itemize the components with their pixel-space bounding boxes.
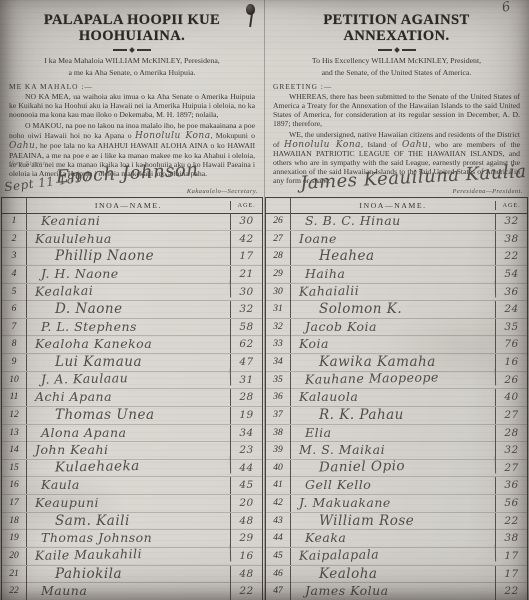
- row-number: 13: [2, 425, 27, 442]
- table-row: 10 J. A. Kaulaau 31: [2, 372, 262, 390]
- scanned-petition-document: 6 PALAPALA HOOPII KUE HOOHUIAINA. I ka M…: [0, 0, 529, 600]
- signer-name: Kaipalapala: [291, 544, 496, 565]
- signer-name: Elia: [291, 425, 496, 442]
- row-number: 7: [2, 319, 27, 336]
- signer-age: 76: [496, 336, 527, 353]
- paragraph-text: NO KA MEA, ua waihoia aku imua o ka Aha …: [9, 92, 255, 119]
- table-row: 3 Phillip Naone 17: [2, 248, 262, 266]
- row-number: 18: [2, 513, 27, 530]
- president-signature-area: James Keauiluna Kaulia Peresidena—Presid…: [264, 163, 529, 197]
- table-row: 45 Kaipalapala 17: [266, 548, 527, 566]
- signature-table-left: INOA—NAME. AGE. 1 Keaniani 30 2 Kaululeh…: [1, 197, 263, 600]
- signer-age: 30: [231, 213, 262, 230]
- petition-title-hawaiian: PALAPALA HOOPII KUE HOOHUIAINA.: [9, 13, 255, 45]
- row-number: 29: [266, 266, 291, 283]
- table-row: 5 Kealakai 30: [2, 284, 262, 302]
- signer-age: 30: [231, 284, 262, 301]
- paragraph-text: , Mokupuni o: [211, 131, 255, 140]
- age-column-header: AGE.: [496, 202, 527, 209]
- signer-name: Kealakai: [27, 280, 231, 301]
- row-number: 38: [266, 425, 291, 442]
- president-title: Peresidena—President.: [452, 188, 523, 195]
- signer-name: Mauna: [27, 583, 231, 600]
- row-number: 26: [266, 213, 291, 230]
- table-rows: 26 S. B. C. Hinau 32 27 Ioane 38 28 Heah…: [266, 213, 527, 600]
- signer-name: Jacob Koia: [291, 319, 496, 336]
- signer-name: Solomon K.: [291, 301, 496, 318]
- paragraph-text: , Island of: [361, 140, 397, 149]
- secretary-signature-area: Sept 11 1897 Enoch Johnson Kakauolelo—Se…: [0, 163, 264, 197]
- row-number: 32: [266, 319, 291, 336]
- row-number: 28: [266, 248, 291, 265]
- table-row: 47 James Kolua 22: [266, 583, 527, 600]
- signer-name: P. L. Stephens: [27, 319, 231, 336]
- number-column-header: [266, 198, 291, 213]
- row-number: 27: [266, 231, 291, 248]
- signer-age: 62: [231, 336, 262, 353]
- signer-age: 31: [231, 372, 262, 389]
- table-row: 18 Sam. Kaili 48: [2, 513, 262, 531]
- signer-age: 17: [231, 248, 262, 265]
- ornament-line: [113, 49, 127, 51]
- signer-age: 24: [496, 301, 527, 318]
- signer-age: 16: [496, 354, 527, 371]
- title-ornament: [273, 48, 520, 52]
- table-row: 11 Achi Apana 28: [2, 389, 262, 407]
- row-number: 19: [2, 530, 27, 547]
- table-row: 26 S. B. C. Hinau 32: [266, 213, 527, 231]
- ornament-diamond-icon: [129, 47, 135, 53]
- row-number: 1: [2, 213, 27, 230]
- signer-name: Keaupuni: [27, 495, 231, 512]
- signer-age: 17: [496, 566, 527, 583]
- signer-age: 21: [231, 266, 262, 283]
- row-number: 40: [266, 460, 291, 477]
- title-ornament: [9, 48, 255, 52]
- row-number: 31: [266, 301, 291, 318]
- signer-age: 36: [496, 284, 527, 301]
- signature-table-right: INOA—NAME. AGE. 26 S. B. C. Hinau 32 27 …: [265, 197, 528, 600]
- signer-age: 38: [496, 530, 527, 547]
- signer-age: 54: [496, 266, 527, 283]
- name-column-header: INOA—NAME.: [27, 201, 231, 210]
- greeting-label: GREETING :—: [273, 82, 520, 91]
- signer-name: Sam. Kaili: [27, 513, 231, 530]
- signer-age: 48: [231, 513, 262, 530]
- age-column-header: AGE.: [231, 202, 262, 209]
- signer-age: 32: [231, 301, 262, 318]
- row-number: 35: [266, 372, 291, 389]
- signer-age: 48: [231, 566, 262, 583]
- table-row: 41 Gell Kello 36: [266, 477, 527, 495]
- table-row: 28 Heahea 22: [266, 248, 527, 266]
- signer-name: D. Naone: [27, 301, 231, 318]
- row-number: 11: [2, 389, 27, 406]
- signer-name: Phillip Naone: [27, 248, 231, 265]
- signer-age: 27: [496, 460, 527, 477]
- row-number: 22: [2, 583, 27, 600]
- secretary-signature: Enoch Johnson: [56, 159, 199, 187]
- table-row: 12 Thomas Unea 19: [2, 407, 262, 425]
- row-number: 39: [266, 442, 291, 459]
- whereas-paragraph: NO KA MEA, ua waihoia aku imua o ka Aha …: [9, 93, 255, 120]
- signer-name: Kalauola: [291, 389, 496, 406]
- signer-name: Kauhane Maopeope: [291, 368, 496, 389]
- row-number: 9: [2, 354, 27, 371]
- signer-name: Pahiokila: [27, 566, 231, 583]
- signer-age: 38: [496, 231, 527, 248]
- district-handwritten: Honolulu Kona: [135, 131, 211, 141]
- table-row: 16 Kaula 45: [2, 477, 262, 495]
- table-row: 17 Keaupuni 20: [2, 495, 262, 513]
- signer-name: S. B. C. Hinau: [291, 213, 496, 230]
- row-number: 41: [266, 477, 291, 494]
- signer-name: Heahea: [291, 248, 496, 265]
- table-row: 42 J. Makuakane 56: [266, 495, 527, 513]
- signer-age: 35: [496, 319, 527, 336]
- salutation-line: and the Senate, of the United States of …: [273, 68, 520, 78]
- row-number: 4: [2, 266, 27, 283]
- table-row: 38 Elia 28: [266, 425, 527, 443]
- row-number: 44: [266, 530, 291, 547]
- table-row: 30 Kahaialii 36: [266, 284, 527, 302]
- signer-age: 17: [496, 548, 527, 565]
- row-number: 43: [266, 513, 291, 530]
- center-divider: [264, 0, 265, 600]
- table-row: 20 Kaile Maukahili 16: [2, 548, 262, 566]
- signer-age: 23: [231, 442, 262, 459]
- row-number: 5: [2, 284, 27, 301]
- signer-age: 22: [496, 513, 527, 530]
- signer-name: J. A. Kaulaau: [27, 368, 231, 389]
- signer-name: James Kolua: [291, 583, 496, 600]
- table-row: 27 Ioane 38: [266, 231, 527, 249]
- row-number: 30: [266, 284, 291, 301]
- signer-age: 42: [231, 231, 262, 248]
- table-row: 22 Mauna 22: [2, 583, 262, 600]
- signer-age: 22: [231, 583, 262, 600]
- signer-name: Thomas Unea: [27, 407, 231, 424]
- english-page: PETITION AGAINST ANNEXATION. To His Exce…: [264, 0, 529, 600]
- row-number: 8: [2, 336, 27, 353]
- salutation-line: I ka Mea Mahaloia WILLIAM McKINLEY, Pere…: [9, 56, 255, 66]
- ornament-line: [378, 49, 392, 51]
- hawaiian-page: PALAPALA HOOPII KUE HOOHUIAINA. I ka Mea…: [0, 0, 264, 600]
- ornament-diamond-icon: [394, 47, 400, 53]
- signer-name: R. K. Pahau: [291, 407, 496, 424]
- signer-age: 32: [496, 442, 527, 459]
- signer-age: 28: [496, 425, 527, 442]
- row-number: 17: [2, 495, 27, 512]
- row-number: 2: [2, 231, 27, 248]
- signer-name: Kaula: [27, 477, 231, 494]
- row-number: 21: [2, 566, 27, 583]
- signer-name: Kulaehaeka: [27, 456, 231, 477]
- name-column-header: INOA—NAME.: [291, 201, 496, 210]
- row-number: 37: [266, 407, 291, 424]
- signer-age: 44: [231, 460, 262, 477]
- signer-age: 45: [231, 477, 262, 494]
- table-row: 46 Kealoha 17: [266, 566, 527, 584]
- row-number: 46: [266, 566, 291, 583]
- table-row: 43 William Rose 22: [266, 513, 527, 531]
- row-number: 45: [266, 548, 291, 565]
- signer-name: William Rose: [291, 513, 496, 530]
- signer-name: Kaululehua: [27, 231, 231, 248]
- table-header: INOA—NAME. AGE.: [2, 198, 262, 214]
- signer-age: 36: [496, 477, 527, 494]
- signer-age: 19: [231, 407, 262, 424]
- signer-name: Kealoha: [291, 566, 496, 583]
- signer-name: Gell Kello: [291, 477, 496, 494]
- row-number: 34: [266, 354, 291, 371]
- table-row: 33 Koia 76: [266, 336, 527, 354]
- row-number: 16: [2, 477, 27, 494]
- table-row: 6 D. Naone 32: [2, 301, 262, 319]
- signer-name: Keaniani: [27, 213, 231, 230]
- table-row: 37 R. K. Pahau 27: [266, 407, 527, 425]
- signer-age: 56: [496, 495, 527, 512]
- signer-name: Koia: [291, 336, 496, 353]
- signer-age: 28: [231, 389, 262, 406]
- signer-name: Achi Apana: [27, 389, 231, 406]
- signer-age: 47: [231, 354, 262, 371]
- table-row: 31 Solomon K. 24: [266, 301, 527, 319]
- table-row: 7 P. L. Stephens 58: [2, 319, 262, 337]
- signer-age: 26: [496, 372, 527, 389]
- petition-title-english: PETITION AGAINST ANNEXATION.: [273, 13, 520, 45]
- row-number: 20: [2, 548, 27, 565]
- greeting-label: ME KA MAHALO :—: [9, 82, 255, 91]
- number-column-header: [2, 198, 27, 213]
- hawaiian-text-block: PALAPALA HOOPII KUE HOOHUIAINA. I ka Mea…: [0, 0, 264, 197]
- signer-age: 22: [496, 248, 527, 265]
- salutation-line: a me ka Aha Senate, o Amerika Huipuia.: [9, 68, 255, 78]
- row-number: 42: [266, 495, 291, 512]
- signer-name: Kealoha Kanekoa: [27, 336, 231, 353]
- table-row: 36 Kalauola 40: [266, 389, 527, 407]
- signer-name: Kaile Maukahili: [27, 544, 231, 565]
- salutation-line: To His Excellency WILLIAM McKINLEY, Pres…: [273, 56, 520, 66]
- signer-age: 34: [231, 425, 262, 442]
- signer-age: 29: [231, 530, 262, 547]
- signer-name: Alona Apana: [27, 425, 231, 442]
- row-number: 12: [2, 407, 27, 424]
- table-row: 35 Kauhane Maopeope 26: [266, 372, 527, 390]
- signer-age: 58: [231, 319, 262, 336]
- signer-name: J. Makuakane: [291, 495, 496, 512]
- secretary-title: Kakauolelo—Secretary.: [187, 188, 258, 195]
- row-number: 36: [266, 389, 291, 406]
- table-row: 1 Keaniani 30: [2, 213, 262, 231]
- signer-age: 16: [231, 548, 262, 565]
- row-number: 15: [2, 460, 27, 477]
- table-row: 40 Daniel Opio 27: [266, 460, 527, 478]
- signer-age: 40: [496, 389, 527, 406]
- row-number: 14: [2, 442, 27, 459]
- whereas-paragraph: WHEREAS, there has been submitted to the…: [273, 93, 520, 129]
- row-number: 6: [2, 301, 27, 318]
- table-header: INOA—NAME. AGE.: [266, 198, 527, 214]
- row-number: 10: [2, 372, 27, 389]
- row-number: 33: [266, 336, 291, 353]
- table-rows: 1 Keaniani 30 2 Kaululehua 42 3 Phillip …: [2, 213, 262, 600]
- row-number: 47: [266, 583, 291, 600]
- table-row: 15 Kulaehaeka 44: [2, 460, 262, 478]
- signer-age: 20: [231, 495, 262, 512]
- table-row: 13 Alona Apana 34: [2, 425, 262, 443]
- table-row: 21 Pahiokila 48: [2, 566, 262, 584]
- signer-name: Daniel Opio: [291, 456, 496, 477]
- signer-name: Kahaialii: [291, 280, 496, 301]
- signer-age: 22: [496, 583, 527, 600]
- table-row: 32 Jacob Koia 35: [266, 319, 527, 337]
- english-text-block: PETITION AGAINST ANNEXATION. To His Exce…: [264, 0, 529, 197]
- ornament-line: [137, 49, 151, 51]
- row-number: 3: [2, 248, 27, 265]
- signer-age: 27: [496, 407, 527, 424]
- table-row: 8 Kealoha Kanekoa 62: [2, 336, 262, 354]
- ornament-line: [402, 49, 416, 51]
- signer-name: Ioane: [291, 231, 496, 248]
- table-row: 2 Kaululehua 42: [2, 231, 262, 249]
- signer-age: 32: [496, 213, 527, 230]
- paragraph-text: WHEREAS, there has been submitted to the…: [273, 92, 520, 128]
